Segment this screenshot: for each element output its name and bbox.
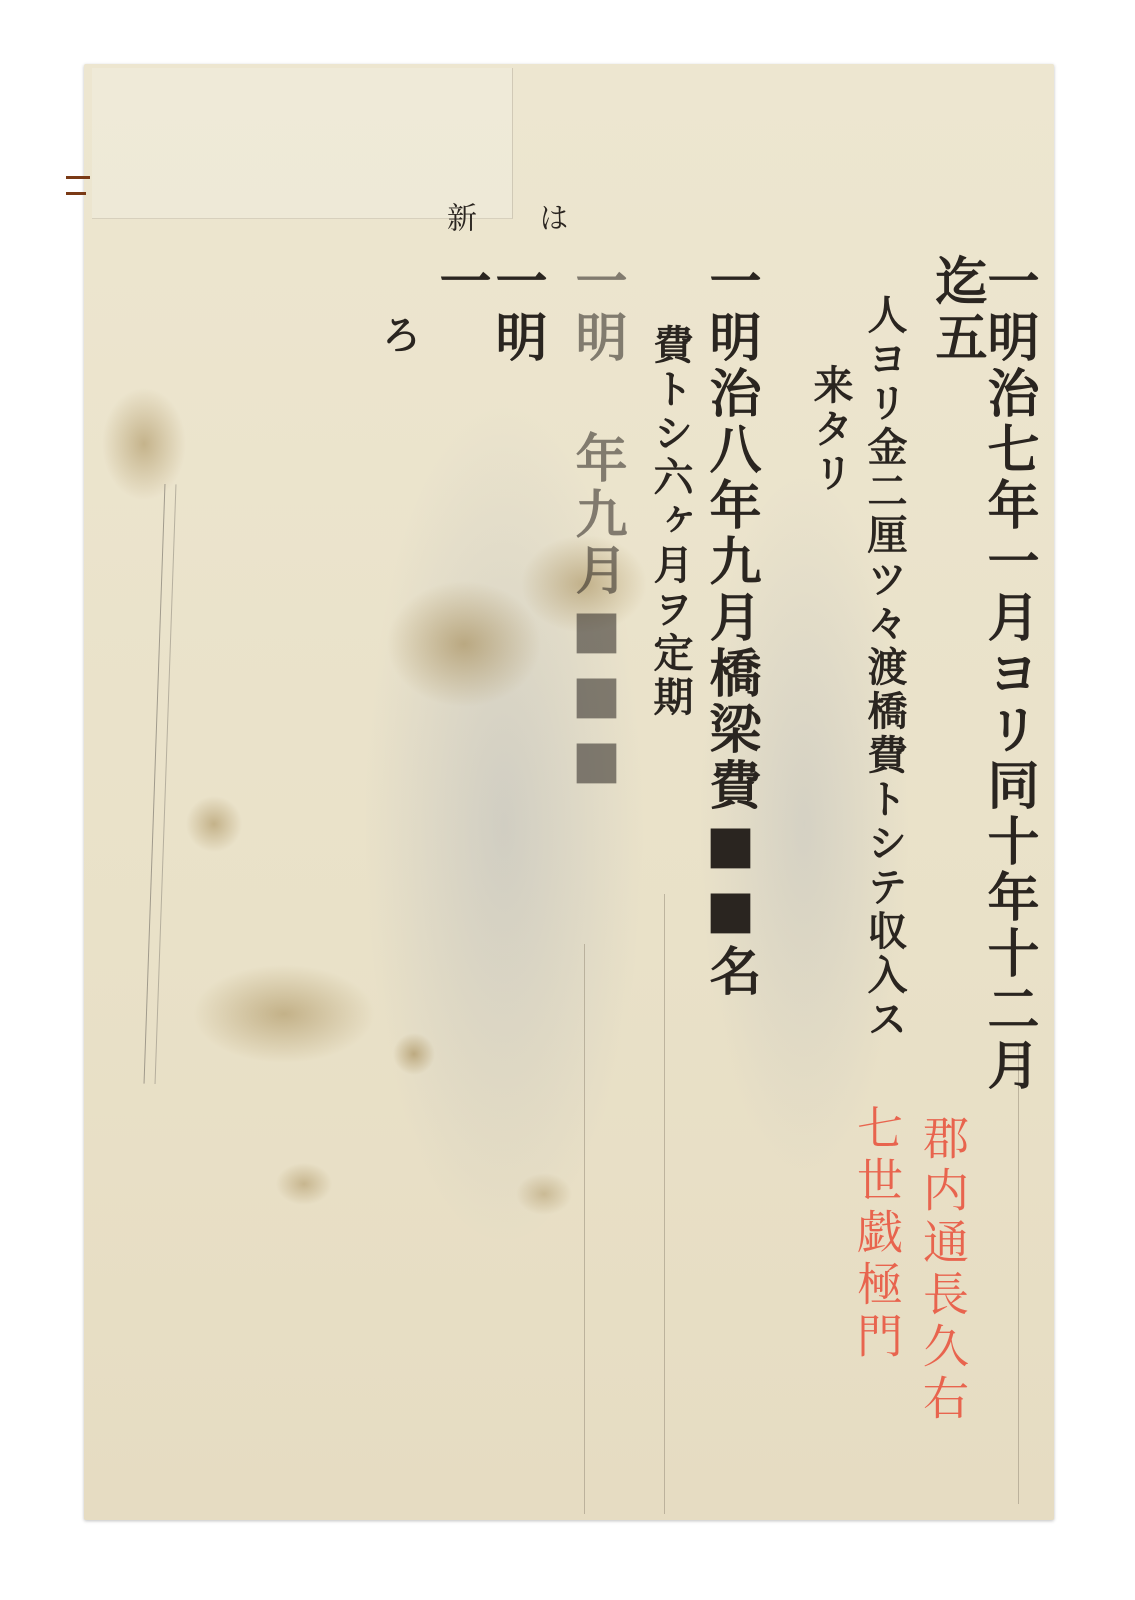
red-annotation-2: 七世戯極門: [854, 1104, 900, 1484]
text-column-9: ろ: [378, 314, 418, 394]
text-column-4: 一明治八年九月橋梁費■■名: [704, 254, 756, 1014]
binding-mark: [66, 192, 86, 195]
header-mark: 新: [436, 202, 480, 232]
repair-tape: [92, 68, 513, 219]
binding-mark: [66, 176, 90, 179]
text-column-2: 人ヨリ金二厘ツ々渡橋費トシテ収入ス: [864, 294, 904, 1114]
fold-line: [664, 894, 665, 1514]
text-column-3: 来タリ: [810, 364, 850, 524]
manuscript-page: 新 は 一明治七年一月ヨリ同十年十二月迄五 人ヨリ金二厘ツ々渡橋費トシテ収入ス …: [84, 64, 1054, 1520]
text-column-5: 費トシ六ヶ月ヲ定期: [650, 324, 690, 824]
pencil-line: [144, 484, 177, 1084]
text-column-6: 一明 年九月■■■: [570, 254, 622, 954]
fold-line: [584, 944, 585, 1514]
red-annotation-1: 郡内通長久右: [920, 1114, 966, 1514]
text-column-7: 一明: [490, 254, 542, 414]
text-column-1: 一明治七年一月ヨリ同十年十二月迄五: [930, 254, 1034, 1134]
header-mark: は: [528, 202, 572, 232]
text-column-8: 一: [434, 254, 486, 414]
